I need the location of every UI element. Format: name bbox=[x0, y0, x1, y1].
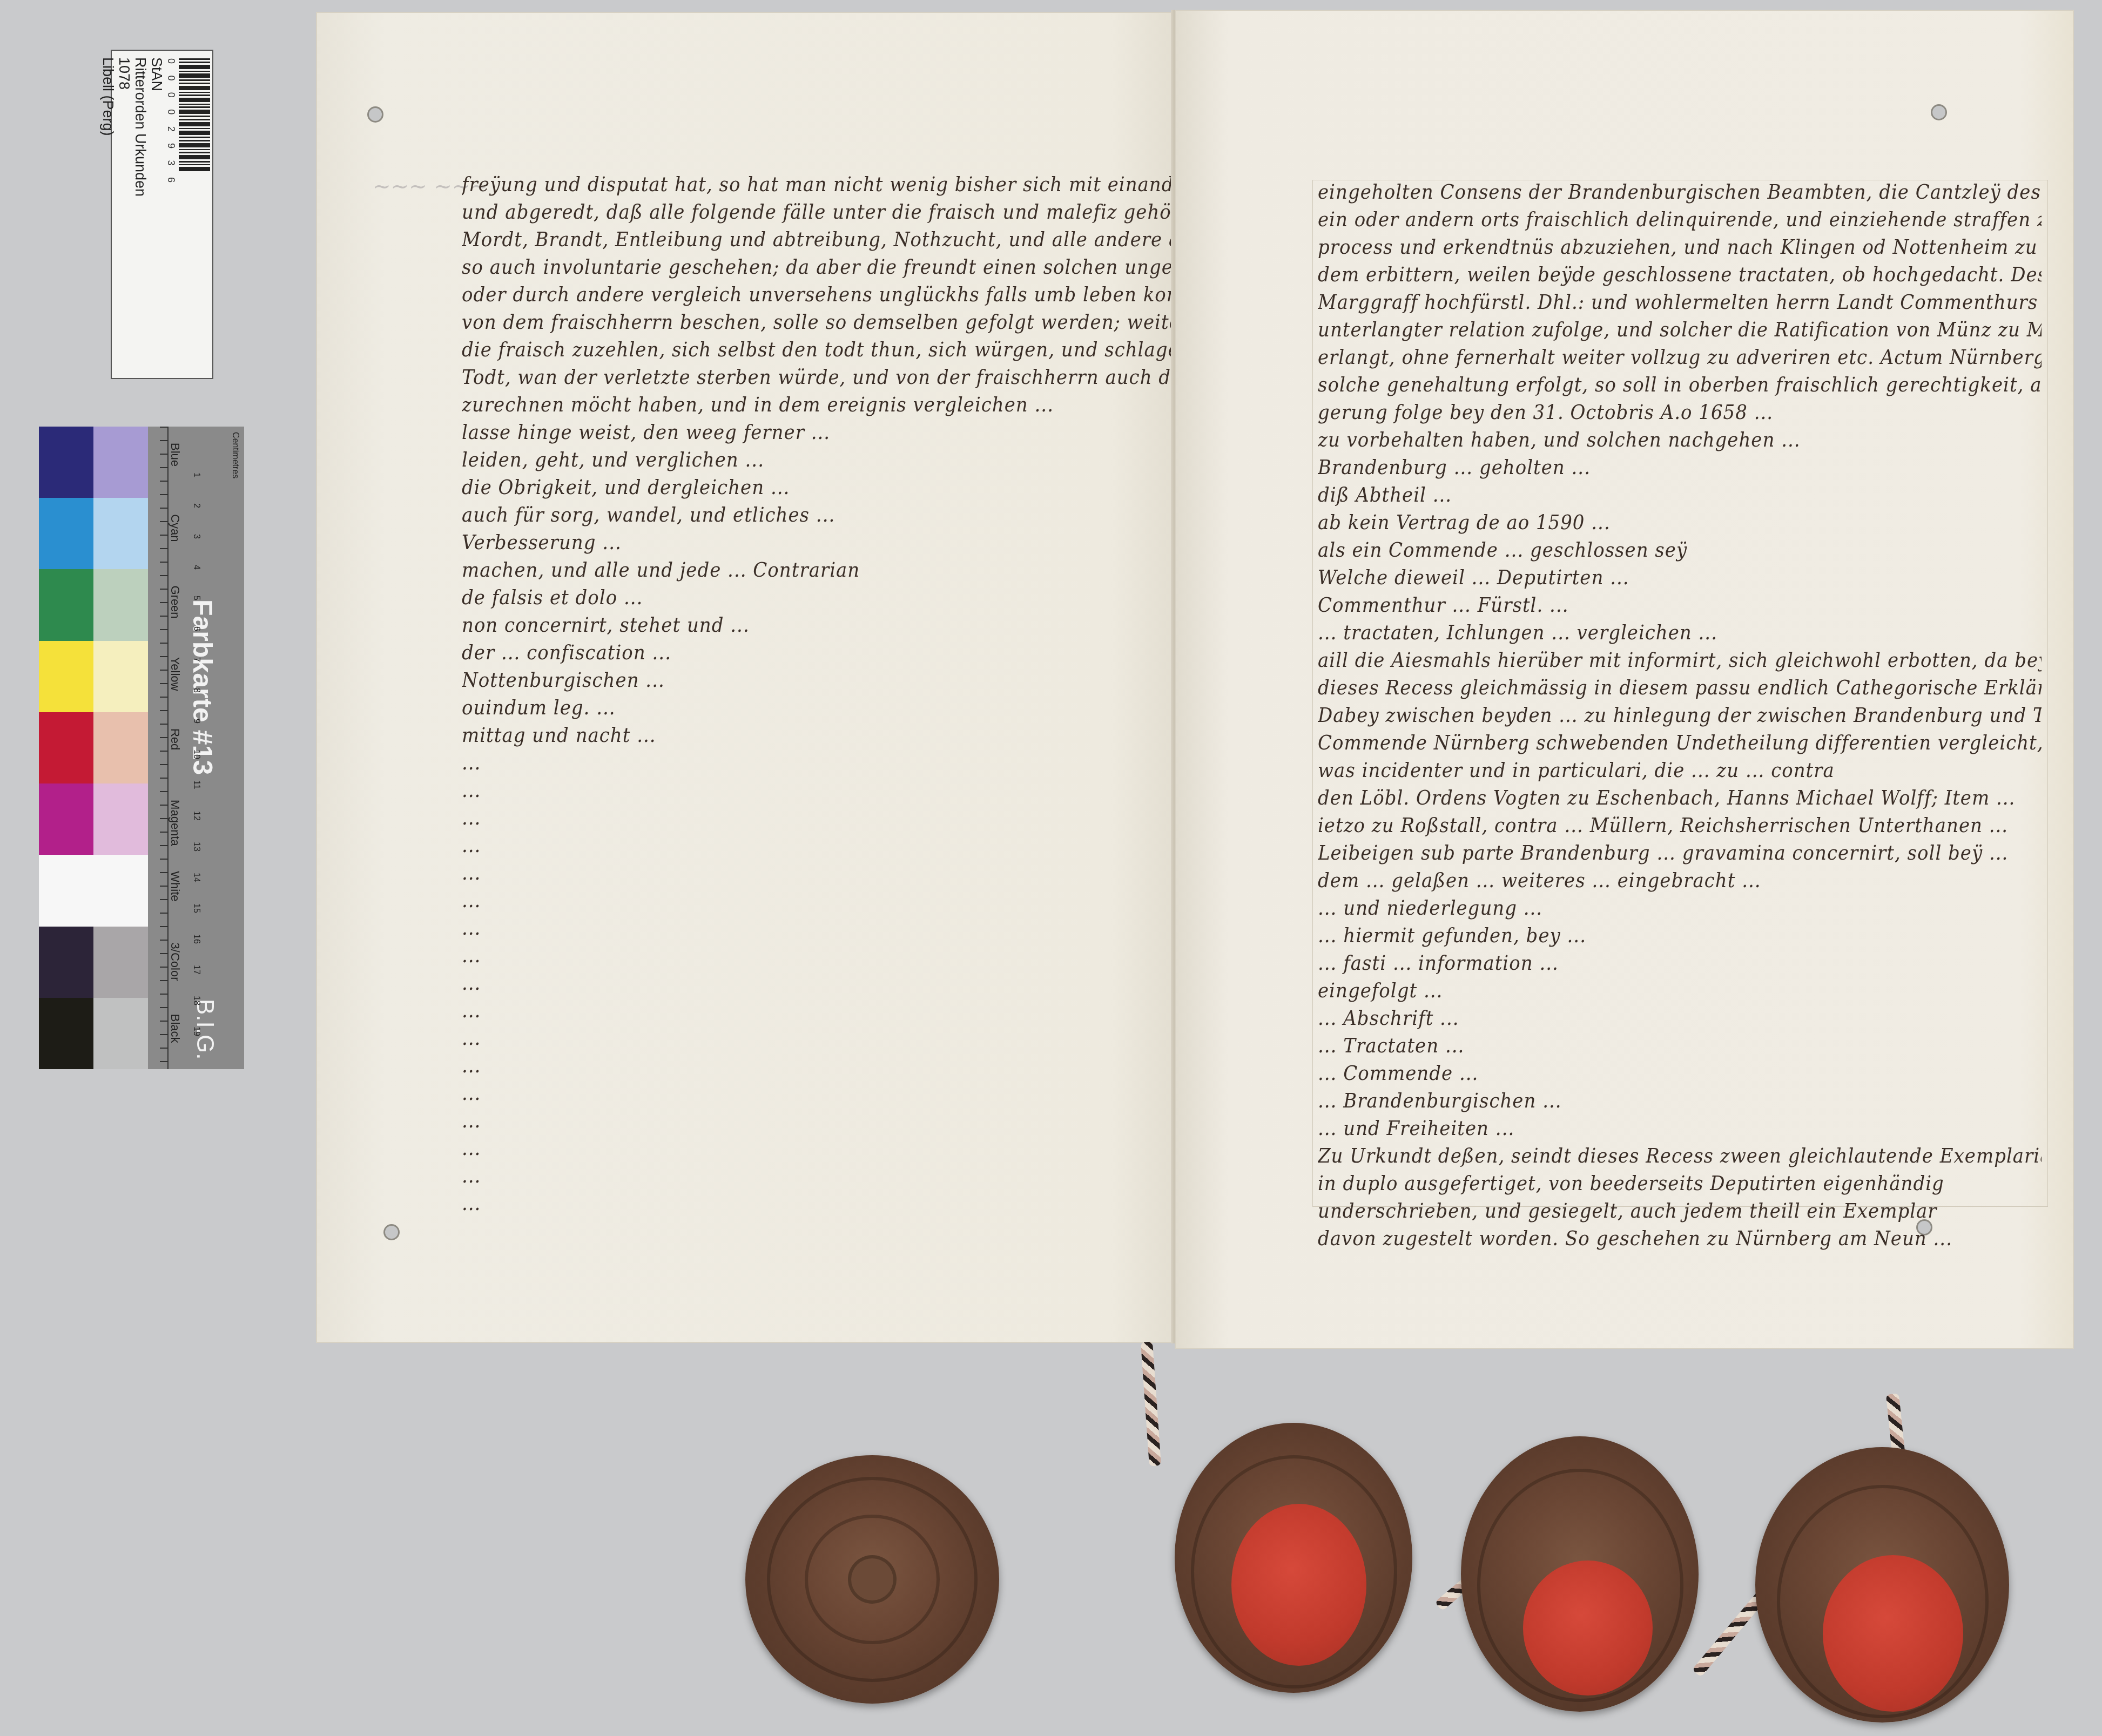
manuscript-line-text: eingeholten Consens der Brandenburgische… bbox=[1318, 181, 2042, 204]
manuscript-line-text: diß Abtheil ... bbox=[1318, 484, 1452, 507]
manuscript-line-text: Todt, wan der verletzte sterben würde, u… bbox=[462, 367, 1180, 389]
manuscript-line-text: aill die Aiesmahls hierüber mit informir… bbox=[1318, 650, 2042, 672]
barcode-digit: 0 bbox=[165, 109, 177, 114]
manuscript-line-text: dem erbittern, weilen beÿde geschlossene… bbox=[1318, 264, 2042, 287]
manuscript-line: dieses Recess gleichmässig in diesem pas… bbox=[1318, 677, 2042, 705]
manuscript-line-text: als ein Commende ... geschlossen seÿ bbox=[1318, 539, 1687, 562]
cm-tick-label: 17 bbox=[191, 965, 201, 975]
manuscript-line-text: Commenthur ... Fürstl. ... bbox=[1318, 595, 1569, 617]
cm-tick-label: 5 bbox=[191, 596, 201, 600]
manuscript-line: Dabey zwischen beyden ... zu hinlegung d… bbox=[1318, 705, 2042, 732]
barcode-digit: 3 bbox=[165, 160, 177, 166]
manuscript-line: ... bbox=[462, 780, 1180, 807]
manuscript-line: so auch involuntarie geschehen; da aber … bbox=[462, 256, 1180, 284]
manuscript-line: solche genehaltung erfolgt, so soll in o… bbox=[1318, 374, 2042, 402]
manuscript-line-text: ... bbox=[462, 1165, 481, 1188]
patch-label: White bbox=[168, 871, 182, 901]
manuscript-line: Nottenburgischen ... bbox=[462, 670, 1180, 697]
manuscript-line: dem erbittern, weilen beÿde geschlossene… bbox=[1318, 264, 2042, 292]
cm-tick-label: 8 bbox=[191, 688, 201, 693]
manuscript-line-text: ... bbox=[462, 890, 481, 913]
manuscript-line: Marggraff hochfürstl. Dhl.: und wohlerme… bbox=[1318, 292, 2042, 319]
manuscript-line: mittag und nacht ... bbox=[462, 725, 1180, 752]
manuscript-line: ... bbox=[462, 1000, 1180, 1028]
manuscript-line-text: ietzo zu Roßstall, contra ... Müllern, R… bbox=[1318, 815, 2008, 837]
color-patch-yellow-dark bbox=[39, 641, 93, 712]
manuscript-line: ouindum leg. ... bbox=[462, 697, 1180, 725]
patch-label: Magenta bbox=[168, 800, 182, 846]
manuscript-line: ... Brandenburgischen ... bbox=[1318, 1090, 2042, 1118]
manuscript-line: ... bbox=[462, 1083, 1180, 1110]
manuscript-line-text: de falsis et dolo ... bbox=[462, 587, 643, 610]
manuscript-line-text: dieses Recess gleichmässig in diesem pas… bbox=[1318, 677, 2042, 700]
manuscript-line: unterlangter relation zufolge, und solch… bbox=[1318, 319, 2042, 347]
manuscript-line: ... bbox=[462, 1165, 1180, 1193]
manuscript-line: non concernirt, stehet und ... bbox=[462, 614, 1180, 642]
manuscript-line-text: ... Tractaten ... bbox=[1318, 1035, 1464, 1058]
manuscript-line: was incidenter und in particulari, die .… bbox=[1318, 760, 2042, 787]
manuscript-line: die fraisch zuzehlen, sich selbst den to… bbox=[462, 339, 1180, 367]
manuscript-line-text: Nottenburgischen ... bbox=[462, 670, 665, 692]
manuscript-line: ... Tractaten ... bbox=[1318, 1035, 2042, 1063]
manuscript-line-text: ... fasti ... information ... bbox=[1318, 953, 1559, 975]
color-patch-black-light bbox=[93, 998, 148, 1069]
manuscript-line: ... bbox=[462, 1028, 1180, 1055]
cm-tick-label: 10 bbox=[191, 749, 201, 759]
ruler-ticks bbox=[148, 427, 169, 1069]
manuscript-line-text: ... bbox=[462, 1055, 481, 1078]
patch-label: Red bbox=[168, 728, 182, 750]
cm-tick-label: 19 bbox=[191, 1026, 201, 1036]
manuscript-line: ... und Freiheiten ... bbox=[1318, 1118, 2042, 1145]
manuscript-line-text: eingefolgt ... bbox=[1318, 980, 1443, 1003]
document-number: 1078 bbox=[116, 57, 132, 197]
barcode-digit: 0 bbox=[165, 58, 177, 64]
manuscript-line-text: machen, und alle und jede ... Contrarian bbox=[462, 559, 860, 582]
manuscript-line: Mordt, Brandt, Entleibung und abtreibung… bbox=[462, 229, 1180, 256]
manuscript-line: Verbesserung ... bbox=[462, 532, 1180, 559]
manuscript-line: leiden, geht, und verglichen ... bbox=[462, 449, 1180, 477]
cm-tick-label: 12 bbox=[191, 811, 201, 821]
manuscript-line-text: leiden, geht, und verglichen ... bbox=[462, 449, 764, 472]
color-patch-red-dark bbox=[39, 712, 93, 783]
color-patch-3-color-dark bbox=[39, 927, 93, 998]
manuscript-line: eingefolgt ... bbox=[1318, 980, 2042, 1008]
manuscript-line-text: ... tractaten, Ichlungen ... vergleichen… bbox=[1318, 622, 1717, 645]
manuscript-line-text: ... bbox=[462, 917, 481, 940]
left-page-text: freÿung und disputat hat, so hat man nic… bbox=[462, 174, 1180, 1220]
wooden-seal-capsule bbox=[1175, 1423, 1412, 1693]
manuscript-line-text: die fraisch zuzehlen, sich selbst den to… bbox=[462, 339, 1180, 362]
manuscript-line: ab kein Vertrag de ao 1590 ... bbox=[1318, 512, 2042, 539]
manuscript-line-text: Zu Urkundt deßen, seindt dieses Recess z… bbox=[1318, 1145, 2042, 1168]
color-patches bbox=[39, 427, 148, 1069]
manuscript-line-text: non concernirt, stehet und ... bbox=[462, 614, 750, 637]
manuscript-line: ... bbox=[462, 1110, 1180, 1138]
label-text: StAN Ritterorden Urkunden 1078 Libell (P… bbox=[100, 57, 165, 197]
cm-tick-label: 1 bbox=[191, 472, 201, 477]
document-type: Libell (Perg) bbox=[100, 57, 116, 197]
manuscript-line: diß Abtheil ... bbox=[1318, 484, 2042, 512]
manuscript-line-text: was incidenter und in particulari, die .… bbox=[1318, 760, 1835, 782]
manuscript-line-text: ... bbox=[462, 1028, 481, 1050]
color-patch-3-color-light bbox=[93, 927, 148, 998]
archive-name: StAN bbox=[149, 57, 165, 197]
seal-cord bbox=[1141, 1342, 1161, 1467]
manuscript-line-text: mittag und nacht ... bbox=[462, 725, 656, 747]
manuscript-line: underschrieben, und gesiegelt, auch jede… bbox=[1318, 1200, 2042, 1228]
patch-label: Cyan bbox=[168, 514, 182, 542]
color-patch-cyan-light bbox=[93, 498, 148, 569]
barcode-digits: 0 0 0 0 2 9 3 6 bbox=[165, 58, 177, 183]
manuscript-line: auch für sorg, wandel, und etliches ... bbox=[462, 504, 1180, 532]
manuscript-line-text: und abgeredt, daß alle folgende fälle un… bbox=[462, 201, 1180, 224]
manuscript-line-text: Verbesserung ... bbox=[462, 532, 622, 555]
manuscript-line-text: auch für sorg, wandel, und etliches ... bbox=[462, 504, 835, 527]
manuscript-line: ... bbox=[462, 1138, 1180, 1165]
cm-tick-label: 3 bbox=[191, 534, 201, 539]
manuscript-line: davon zugestelt worden. So geschehen zu … bbox=[1318, 1228, 2042, 1255]
manuscript-line: ... tractaten, Ichlungen ... vergleichen… bbox=[1318, 622, 2042, 650]
patch-label: Black bbox=[168, 1014, 182, 1043]
manuscript-line-text: ... bbox=[462, 835, 481, 857]
manuscript-line: erlangt, ohne fernerhalt weiter vollzug … bbox=[1318, 347, 2042, 374]
manuscript-line-text: ... bbox=[462, 780, 481, 802]
manuscript-line: ... bbox=[462, 1055, 1180, 1083]
manuscript-line: machen, und alle und jede ... Contrarian bbox=[462, 559, 1180, 587]
color-patch-magenta-light bbox=[93, 783, 148, 855]
manuscript-line-text: ... Brandenburgischen ... bbox=[1318, 1090, 1562, 1113]
manuscript-line: ... bbox=[462, 917, 1180, 945]
manuscript-line-text: ... Commende ... bbox=[1318, 1063, 1478, 1085]
manuscript-line: Commende Nürnberg schwebenden Undetheilu… bbox=[1318, 732, 2042, 760]
manuscript-line-text: oder durch andere vergleich unversehens … bbox=[462, 284, 1180, 307]
manuscript-line-text: ... bbox=[462, 1000, 481, 1023]
manuscript-line: aill die Aiesmahls hierüber mit informir… bbox=[1318, 650, 2042, 677]
manuscript-line-text: in duplo ausgefertiget, von beederseits … bbox=[1318, 1173, 1944, 1195]
manuscript-line-text: process und erkendtnüs abzuziehen, und n… bbox=[1318, 237, 2042, 259]
barcode-digit: 6 bbox=[165, 177, 177, 183]
color-patch-yellow-light bbox=[93, 641, 148, 712]
right-page: eingeholten Consens der Brandenburgische… bbox=[1175, 10, 2074, 1349]
manuscript-line: ... bbox=[462, 1193, 1180, 1220]
patch-label: Yellow bbox=[168, 657, 182, 691]
manuscript-line-text: Mordt, Brandt, Entleibung und abtreibung… bbox=[462, 229, 1180, 252]
manuscript-line: gerung folge bey den 31. Octobris A.o 16… bbox=[1318, 402, 2042, 429]
color-patch-blue-dark bbox=[39, 427, 93, 498]
color-chart: Centimetres Farbkarte #13 B.I.G. BlueCya… bbox=[39, 427, 244, 1069]
manuscript-line-text: ein oder andern orts fraischlich delinqu… bbox=[1318, 209, 2042, 232]
manuscript-line: ... bbox=[462, 807, 1180, 835]
manuscript-line-text: gerung folge bey den 31. Octobris A.o 16… bbox=[1318, 402, 1773, 424]
cm-tick-label: 6 bbox=[191, 626, 201, 631]
manuscript-line-text: ... bbox=[462, 752, 481, 775]
manuscript-line-text: ... bbox=[462, 972, 481, 995]
manuscript-line-text: freÿung und disputat hat, so hat man nic… bbox=[462, 174, 1180, 197]
manuscript-line-text: zurechnen möcht haben, und in dem ereign… bbox=[462, 394, 1054, 417]
cm-tick-label: 4 bbox=[191, 565, 201, 570]
punch-hole bbox=[367, 106, 383, 123]
manuscript-line-text: ouindum leg. ... bbox=[462, 697, 616, 720]
manuscript-line: de falsis et dolo ... bbox=[462, 587, 1180, 614]
manuscript-line-text: die Obrigkeit, und dergleichen ... bbox=[462, 477, 790, 499]
cm-tick-label: 11 bbox=[191, 780, 201, 789]
manuscript-line-text: ... bbox=[462, 1110, 481, 1133]
manuscript-line-text: unterlangter relation zufolge, und solch… bbox=[1318, 319, 2042, 342]
cm-tick-label: 2 bbox=[191, 503, 201, 508]
manuscript-line-text: erlangt, ohne fernerhalt weiter vollzug … bbox=[1318, 347, 2042, 369]
manuscript-line: process und erkendtnüs abzuziehen, und n… bbox=[1318, 237, 2042, 264]
red-wax-seal bbox=[1231, 1504, 1366, 1666]
barcode-digit: 2 bbox=[165, 126, 177, 132]
manuscript-line-text: ... bbox=[462, 1193, 481, 1215]
color-patch-green-dark bbox=[39, 569, 93, 640]
manuscript-line-text: Welche dieweil ... Deputirten ... bbox=[1318, 567, 1629, 590]
manuscript-line-text: ... bbox=[462, 862, 481, 885]
unit-centimetres: Centimetres bbox=[230, 432, 240, 478]
manuscript-line: der ... confiscation ... bbox=[462, 642, 1180, 670]
manuscript-line-text: ... hiermit gefunden, bey ... bbox=[1318, 925, 1586, 948]
manuscript-line-text: Leibeigen sub parte Brandenburg ... grav… bbox=[1318, 842, 2008, 865]
manuscript-line: eingeholten Consens der Brandenburgische… bbox=[1318, 181, 2042, 209]
manuscript-line: ... bbox=[462, 945, 1180, 972]
manuscript-line: den Löbl. Ordens Vogten zu Eschenbach, H… bbox=[1318, 787, 2042, 815]
manuscript-line: Zu Urkundt deßen, seindt dieses Recess z… bbox=[1318, 1145, 2042, 1173]
color-patch-cyan-dark bbox=[39, 498, 93, 569]
manuscript-line: ... bbox=[462, 862, 1180, 890]
manuscript-line-text: davon zugestelt worden. So geschehen zu … bbox=[1318, 1228, 1952, 1251]
right-page-text: eingeholten Consens der Brandenburgische… bbox=[1318, 181, 2042, 1255]
manuscript-line: ... Abschrift ... bbox=[1318, 1008, 2042, 1035]
ruler: Centimetres Farbkarte #13 B.I.G. BlueCya… bbox=[148, 427, 244, 1069]
cm-tick-label: 9 bbox=[191, 719, 201, 724]
manuscript-line: Leibeigen sub parte Brandenburg ... grav… bbox=[1318, 842, 2042, 870]
cm-tick-label: 14 bbox=[191, 873, 201, 882]
manuscript-line: Commenthur ... Fürstl. ... bbox=[1318, 595, 2042, 622]
left-page: ~~~ ~~~ freÿung und disputat hat, so hat… bbox=[316, 12, 1180, 1343]
red-wax-seal bbox=[1823, 1555, 1963, 1712]
manuscript-line: zu vorbehalten haben, und solchen nachge… bbox=[1318, 429, 2042, 457]
color-patch-blue-light bbox=[93, 427, 148, 498]
manuscript-line: in duplo ausgefertiget, von beederseits … bbox=[1318, 1173, 2042, 1200]
manuscript-line: ein oder andern orts fraischlich delinqu… bbox=[1318, 209, 2042, 237]
color-patch-red-light bbox=[93, 712, 148, 783]
chart-title: Farbkarte #13 bbox=[187, 599, 218, 775]
punch-hole bbox=[1931, 104, 1947, 120]
manuscript-line: freÿung und disputat hat, so hat man nic… bbox=[462, 174, 1180, 201]
manuscript-line: Brandenburg ... geholten ... bbox=[1318, 457, 2042, 484]
manuscript-line: ... bbox=[462, 752, 1180, 780]
barcode-digit: 0 bbox=[165, 92, 177, 98]
barcode bbox=[179, 58, 210, 172]
manuscript-line-text: ... bbox=[462, 945, 481, 968]
manuscript-line: ... bbox=[462, 972, 1180, 1000]
manuscript-line-text: ... und Freiheiten ... bbox=[1318, 1118, 1514, 1140]
wooden-seal-capsule-empty bbox=[745, 1455, 999, 1704]
manuscript-line: als ein Commende ... geschlossen seÿ bbox=[1318, 539, 2042, 567]
manuscript-line: oder durch andere vergleich unversehens … bbox=[462, 284, 1180, 312]
manuscript-line-text: ab kein Vertrag de ao 1590 ... bbox=[1318, 512, 1611, 535]
manuscript-line: ... Commende ... bbox=[1318, 1063, 2042, 1090]
manuscript-line: ... fasti ... information ... bbox=[1318, 953, 2042, 980]
patch-label: Blue bbox=[168, 443, 182, 467]
cm-tick-label: 13 bbox=[191, 842, 201, 852]
manuscript-line: und abgeredt, daß alle folgende fälle un… bbox=[462, 201, 1180, 229]
manuscript-line: Welche dieweil ... Deputirten ... bbox=[1318, 567, 2042, 595]
punch-hole bbox=[383, 1224, 400, 1240]
manuscript-line: Todt, wan der verletzte sterben würde, u… bbox=[462, 367, 1180, 394]
manuscript-line-text: dem ... gelaßen ... weiteres ... eingebr… bbox=[1318, 870, 1761, 893]
color-patch-white-light bbox=[93, 855, 148, 926]
manuscript-line-text: von dem fraischherrn beschen, solle so d… bbox=[462, 312, 1180, 334]
manuscript-line-text: ... bbox=[462, 1083, 481, 1105]
cm-tick-label: 16 bbox=[191, 934, 201, 944]
collection-name: Ritterorden Urkunden bbox=[132, 57, 149, 197]
archive-label: 0 0 0 0 2 9 3 6 StAN Ritterorden Urkunde… bbox=[111, 50, 213, 379]
manuscript-line-text: so auch involuntarie geschehen; da aber … bbox=[462, 256, 1180, 279]
patch-label: Green bbox=[168, 585, 182, 618]
manuscript-line-text: lasse hinge weist, den weeg ferner ... bbox=[462, 422, 830, 444]
manuscript-line-text: den Löbl. Ordens Vogten zu Eschenbach, H… bbox=[1318, 787, 2015, 810]
manuscript-line: von dem fraischherrn beschen, solle so d… bbox=[462, 312, 1180, 339]
manuscript-line: lasse hinge weist, den weeg ferner ... bbox=[462, 422, 1180, 449]
manuscript-line-text: Commende Nürnberg schwebenden Undetheilu… bbox=[1318, 732, 2042, 755]
wooden-seal-capsule bbox=[1461, 1436, 1699, 1712]
color-patch-white-dark bbox=[39, 855, 93, 926]
cm-tick-label: 15 bbox=[191, 903, 201, 913]
color-patch-green-light bbox=[93, 569, 148, 640]
manuscript-line-text: Dabey zwischen beyden ... zu hinlegung d… bbox=[1318, 705, 2042, 727]
manuscript-line-text: solche genehaltung erfolgt, so soll in o… bbox=[1318, 374, 2042, 397]
manuscript-line: ... und niederlegung ... bbox=[1318, 897, 2042, 925]
manuscript-line-text: ... und niederlegung ... bbox=[1318, 897, 1542, 920]
manuscript-line: ietzo zu Roßstall, contra ... Müllern, R… bbox=[1318, 815, 2042, 842]
wooden-seal-capsule bbox=[1755, 1447, 2009, 1723]
manuscript-line-text: ... bbox=[462, 1138, 481, 1160]
manuscript-line-text: zu vorbehalten haben, und solchen nachge… bbox=[1318, 429, 1801, 452]
manuscript-line: zurechnen möcht haben, und in dem ereign… bbox=[462, 394, 1180, 422]
color-patch-magenta-dark bbox=[39, 783, 93, 855]
red-wax-seal bbox=[1523, 1561, 1653, 1696]
manuscript-line: ... hiermit gefunden, bey ... bbox=[1318, 925, 2042, 953]
manuscript-line: ... bbox=[462, 835, 1180, 862]
patch-label: 3/Color bbox=[168, 943, 182, 981]
manuscript-line-text: ... bbox=[462, 807, 481, 830]
manuscript-line: dem ... gelaßen ... weiteres ... eingebr… bbox=[1318, 870, 2042, 897]
manuscript-line-text: ... Abschrift ... bbox=[1318, 1008, 1459, 1030]
barcode-digit: 9 bbox=[165, 143, 177, 148]
manuscript-line-text: Marggraff hochfürstl. Dhl.: und wohlerme… bbox=[1318, 292, 2042, 314]
manuscript-line: ... bbox=[462, 890, 1180, 917]
manuscript-line-text: underschrieben, und gesiegelt, auch jede… bbox=[1318, 1200, 1937, 1223]
manuscript-line: die Obrigkeit, und dergleichen ... bbox=[462, 477, 1180, 504]
barcode-digit: 0 bbox=[165, 75, 177, 80]
cm-tick-label: 18 bbox=[191, 996, 201, 1005]
cm-tick-label: 7 bbox=[191, 657, 201, 662]
color-patch-black-dark bbox=[39, 998, 93, 1069]
manuscript-line-text: Brandenburg ... geholten ... bbox=[1318, 457, 1591, 479]
manuscript-line-text: der ... confiscation ... bbox=[462, 642, 671, 665]
